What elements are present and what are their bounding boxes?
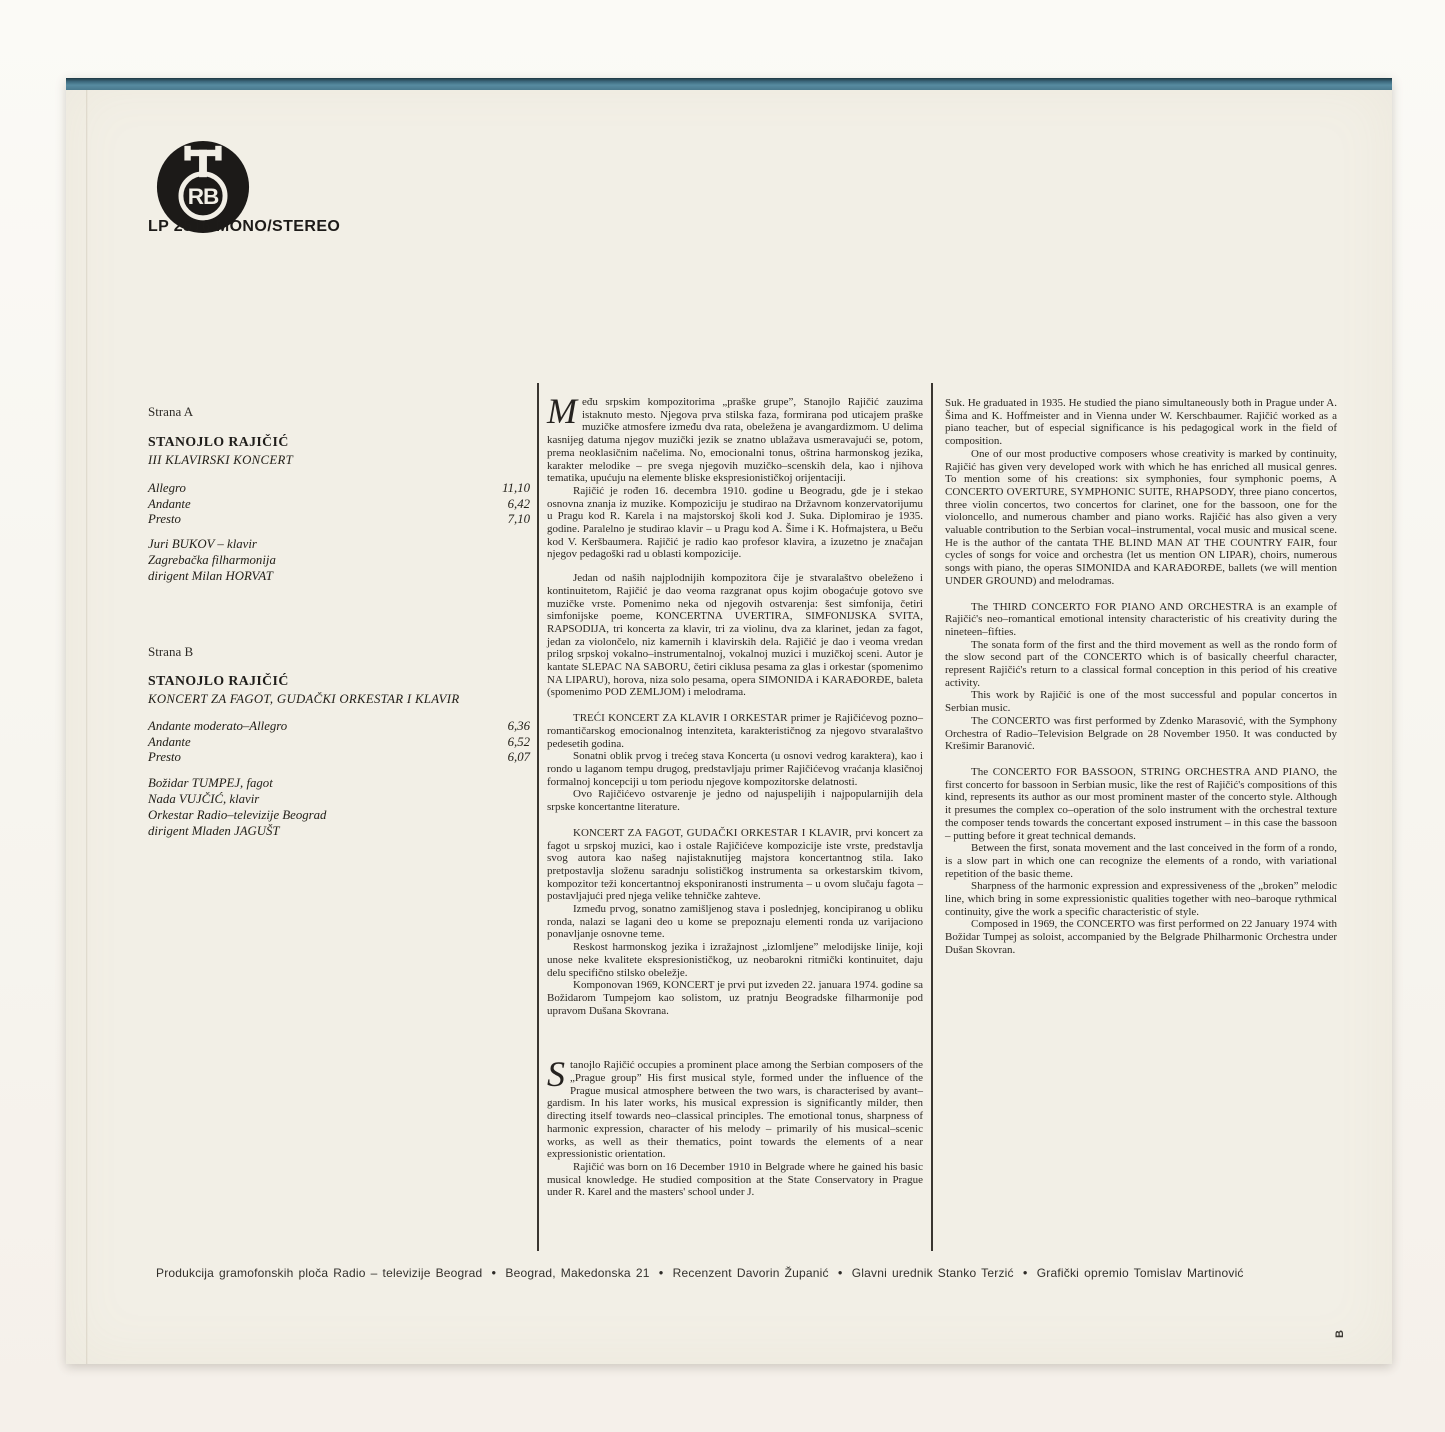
- liner-notes-serbian-paragraph: TREĆI KONCERT ZA KLAVIR I ORKESTAR prime…: [547, 712, 923, 750]
- lp-back-cover-photo: { "header": { "catalog": "LP 2516 MONO/S…: [0, 0, 1445, 1432]
- track-row: Presto 7,10: [148, 512, 530, 528]
- track-title: Andante: [148, 497, 191, 513]
- liner-notes-serbian-paragraph: Reskost harmonskog jezika i izražajnost …: [547, 941, 923, 979]
- credit-line: Juri BUKOV – klavir: [148, 536, 530, 552]
- credit-line: dirigent Milan HORVAT: [148, 568, 530, 584]
- side-a-label: Strana A: [148, 404, 193, 420]
- bullet-separator-icon: ●: [659, 1268, 664, 1277]
- corner-print-mark: B: [1334, 1330, 1346, 1338]
- liner-notes-english-paragraph: The CONCERTO FOR BASSOON, STRING ORCHEST…: [945, 766, 1337, 842]
- liner-notes-english-intro: Stanojlo Rajičić occupies a prominent pl…: [547, 1059, 923, 1199]
- track-duration: 6,52: [508, 735, 530, 751]
- liner-notes-english-paragraph: The sonata form of the first and the thi…: [945, 639, 1337, 690]
- liner-notes-english-paragraph: Suk. He graduated in 1935. He studied th…: [945, 397, 1337, 448]
- side-a-tracklist: Allegro 11,10 Andante 6,42 Presto 7,10: [148, 481, 530, 528]
- liner-notes-english-paragraph: Stanojlo Rajičić occupies a prominent pl…: [547, 1059, 923, 1161]
- liner-notes-english-paragraph: Sharpness of the harmonic expression and…: [945, 880, 1337, 918]
- track-duration: 6,07: [508, 750, 530, 766]
- track-duration: 7,10: [508, 512, 530, 528]
- footer-credit-segment: Beograd, Makedonska 21: [505, 1266, 649, 1280]
- bullet-separator-icon: ●: [838, 1268, 843, 1277]
- credit-line: Nada VUJČIĆ, klavir: [148, 791, 530, 807]
- liner-notes-right-column: Suk. He graduated in 1935. He studied th…: [945, 397, 1337, 957]
- liner-notes-serbian-paragraph: Komponovan 1969, KONCERT je prvi put izv…: [547, 979, 923, 1017]
- bullet-separator-icon: ●: [491, 1268, 496, 1277]
- footer-credit-segment: Produkcija gramofonskih ploča Radio – te…: [156, 1266, 482, 1280]
- track-row: Andante 6,52: [148, 735, 530, 751]
- footer-credit-segment: Recenzent Davorin Županić: [673, 1266, 829, 1280]
- track-row: Allegro 11,10: [148, 481, 530, 497]
- track-title: Andante: [148, 735, 191, 751]
- side-a-performers: Juri BUKOV – klavir Zagrebačka filharmon…: [148, 536, 530, 584]
- track-duration: 6,42: [508, 497, 530, 513]
- credit-line: Zagrebačka filharmonija: [148, 552, 530, 568]
- track-duration: 6,36: [508, 719, 530, 735]
- liner-notes-serbian-paragraph: Između prvog, sonatno zamišljenog stava …: [547, 903, 923, 941]
- liner-notes-english-paragraph: The CONCERTO was first performed by Zden…: [945, 715, 1337, 753]
- liner-notes-serbian-paragraph: Rajičić je rođen 16. decembra 1910. godi…: [547, 485, 923, 561]
- liner-notes-serbian-paragraph: Sonatni oblik prvog i trećeg stava Konce…: [547, 750, 923, 788]
- footer-credit-segment: Glavni urednik Stanko Terzić: [852, 1266, 1014, 1280]
- liner-notes-serbian-paragraph: Među srpskim kompozitorima „praške grupe…: [547, 396, 923, 485]
- side-b-tracklist: Andante moderato–Allegro 6,36 Andante 6,…: [148, 719, 530, 766]
- side-b-label: Strana B: [148, 644, 193, 660]
- bullet-separator-icon: ●: [1023, 1268, 1028, 1277]
- track-row: Andante 6,42: [148, 497, 530, 513]
- liner-notes-english-paragraph: One of our most productive composers who…: [945, 448, 1337, 588]
- liner-notes-serbian-paragraph: Jedan od naših najplodnijih kompozitora …: [547, 572, 923, 699]
- sleeve-crease: [86, 90, 88, 1364]
- credit-line: Orkestar Radio–televizije Beograd: [148, 807, 530, 823]
- liner-notes-english-paragraph: Composed in 1969, the CONCERTO was first…: [945, 918, 1337, 956]
- track-title: Presto: [148, 512, 181, 528]
- track-title: Allegro: [148, 481, 186, 497]
- production-credits: Produkcija gramofonskih ploča Radio – te…: [156, 1266, 1326, 1280]
- track-title: Presto: [148, 750, 181, 766]
- track-duration: 11,10: [502, 481, 530, 497]
- liner-notes-english-paragraph: The THIRD CONCERTO FOR PIANO AND ORCHEST…: [945, 601, 1337, 639]
- liner-notes-english-paragraph: Rajičić was born on 16 December 1910 in …: [547, 1161, 923, 1199]
- catalog-number: LP 2516 MONO/STEREO: [148, 218, 340, 236]
- track-title: Andante moderato–Allegro: [148, 719, 287, 735]
- track-row: Andante moderato–Allegro 6,36: [148, 719, 530, 735]
- credit-line: Božidar TUMPEJ, fagot: [148, 775, 530, 791]
- liner-notes-english-paragraph: This work by Rajičić is one of the most …: [945, 689, 1337, 714]
- liner-notes-english-paragraph: Between the first, sonata movement and t…: [945, 842, 1337, 880]
- record-sleeve-back: RB LP 2516 MONO/STEREO Strana A STANOJLO…: [66, 78, 1392, 1364]
- credit-line: dirigent Mladen JAGUŠT: [148, 823, 530, 839]
- liner-notes-serbian-paragraph: Ovo Rajičićevo ostvarenje je jedno od na…: [547, 788, 923, 813]
- footer-credit-segment: Grafički opremio Tomislav Martinović: [1037, 1266, 1244, 1280]
- logo-letters: RB: [188, 184, 219, 209]
- liner-notes-middle-column: Među srpskim kompozitorima „praške grupe…: [537, 383, 933, 1251]
- liner-notes-serbian-paragraph: KONCERT ZA FAGOT, GUDAČKI ORKESTAR I KLA…: [547, 827, 923, 903]
- side-b-performers: Božidar TUMPEJ, fagot Nada VUJČIĆ, klavi…: [148, 775, 530, 839]
- sleeve-top-spine-strip: [66, 78, 1392, 90]
- track-row: Presto 6,07: [148, 750, 530, 766]
